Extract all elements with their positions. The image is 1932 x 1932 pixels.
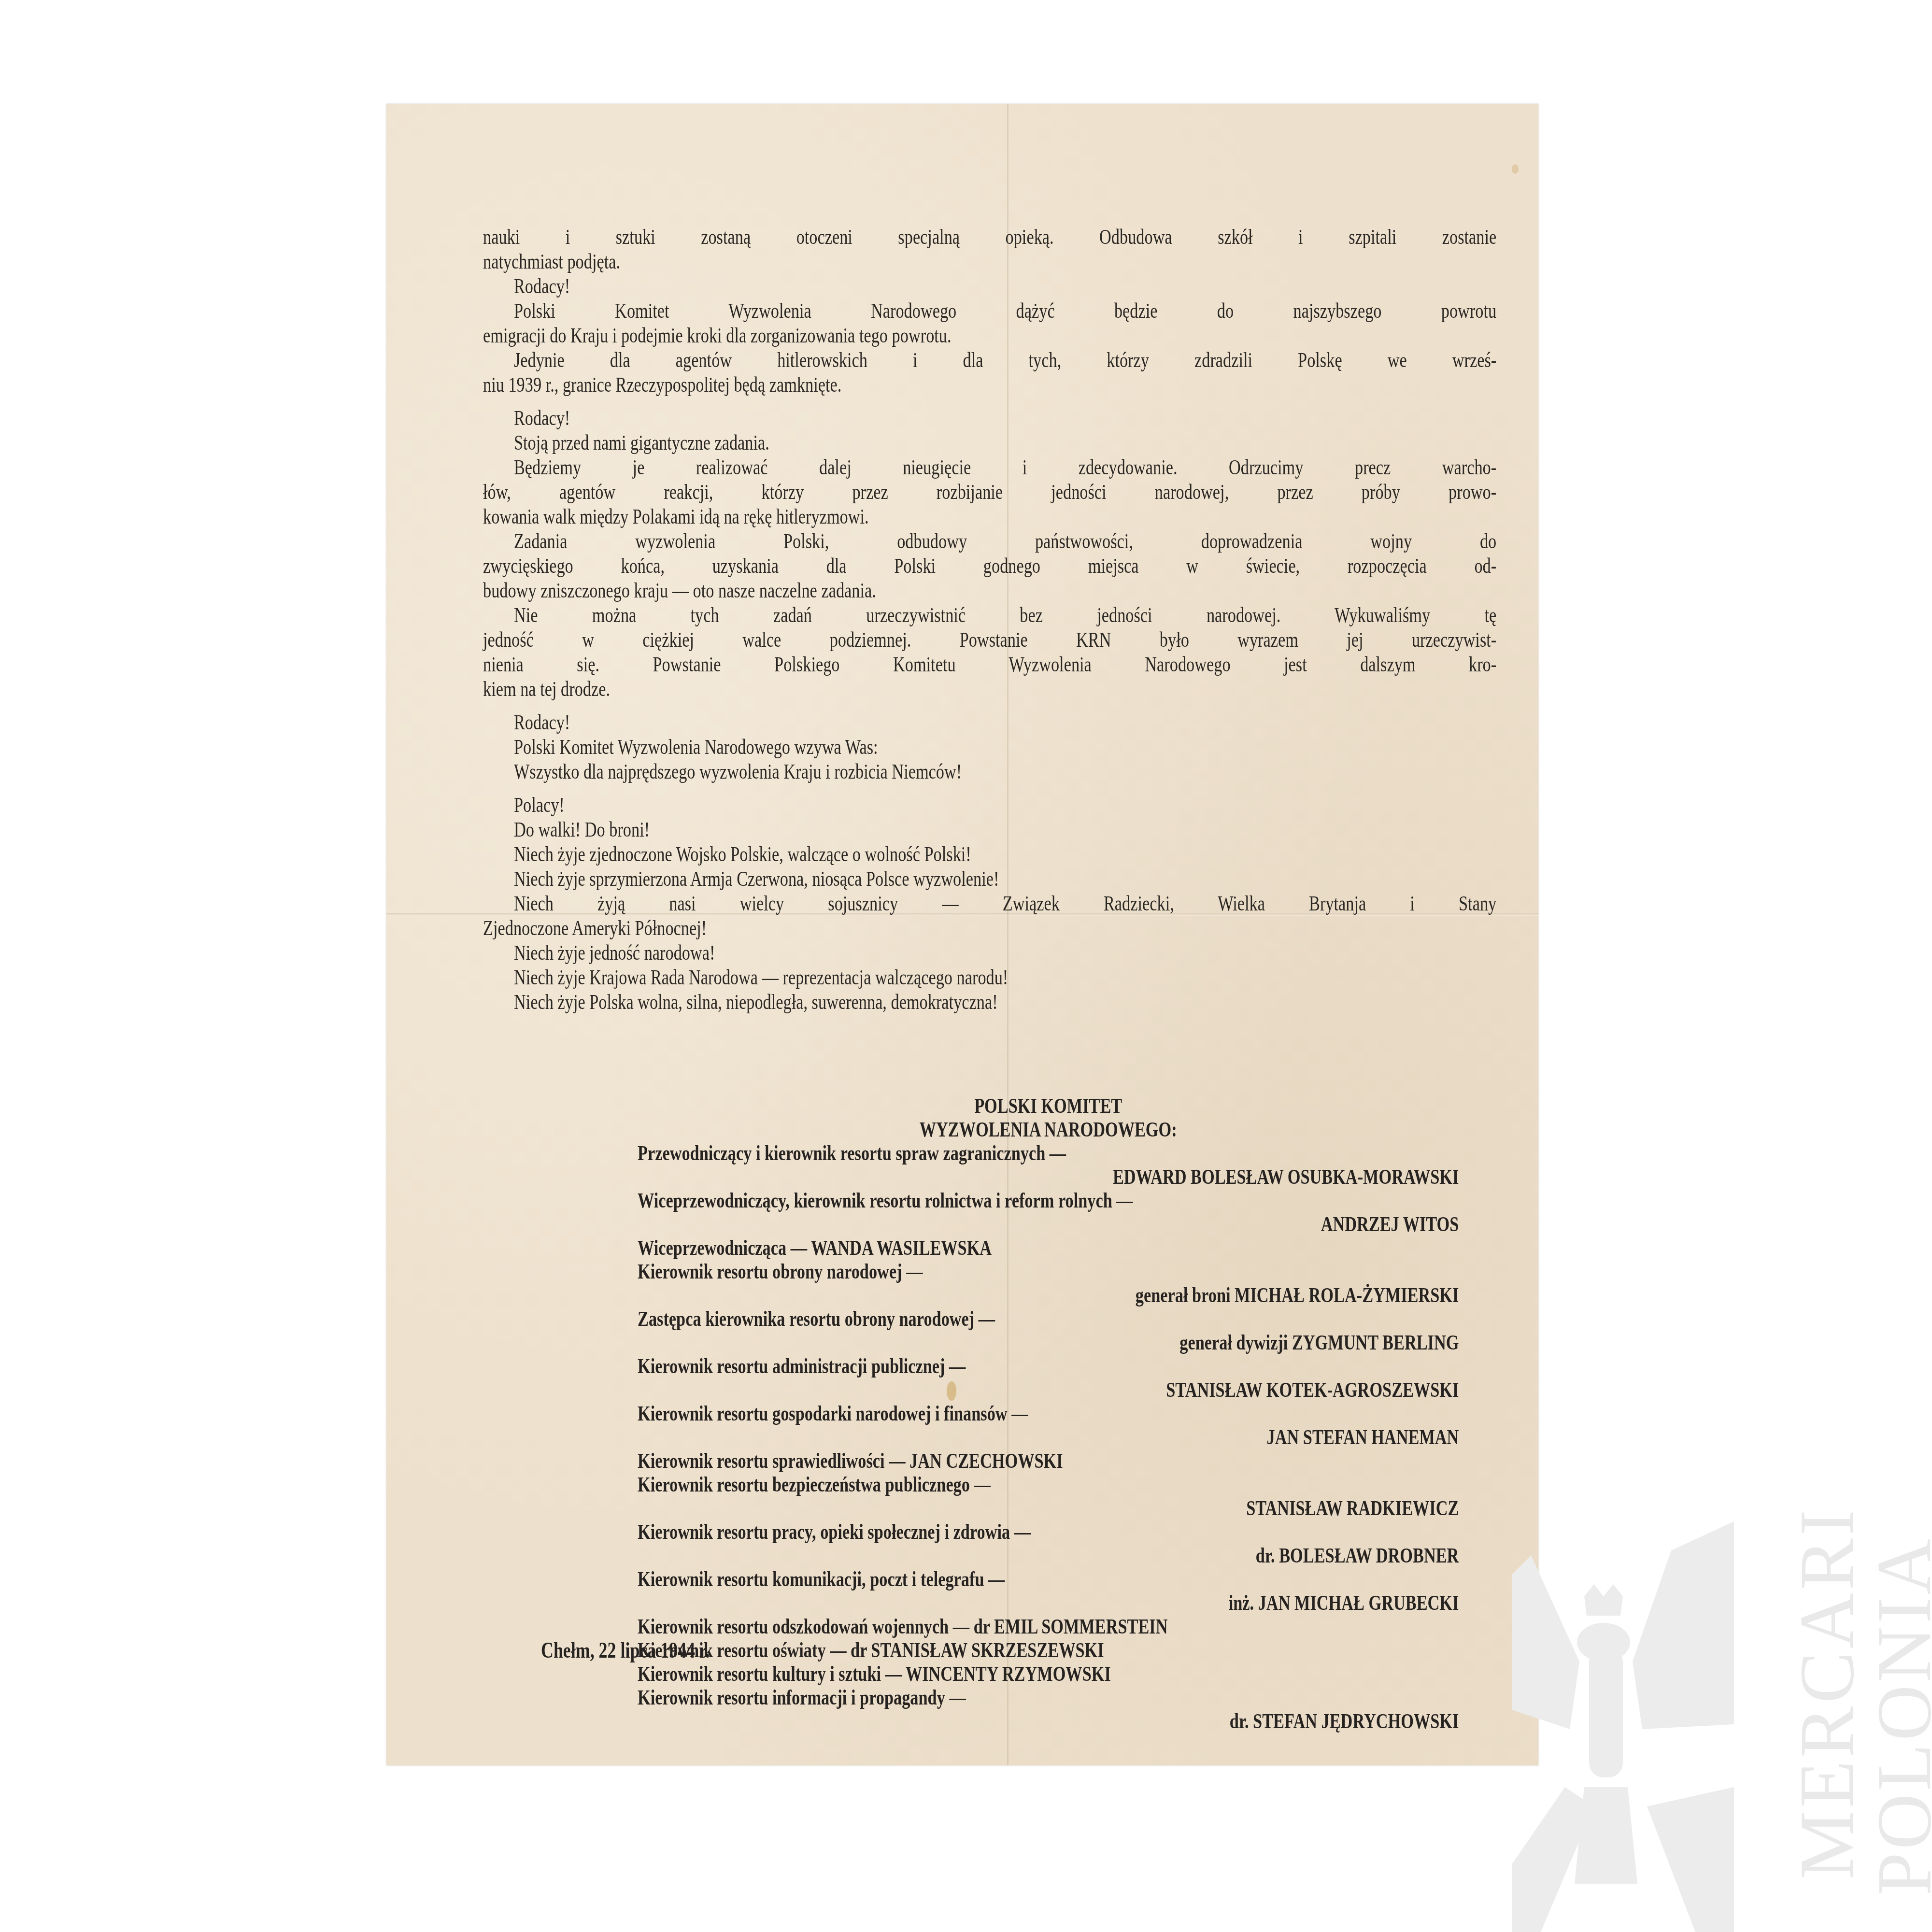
text-line: Zjednoczone Ameryki Północnej! [483, 916, 1496, 940]
signatories-block: POLSKI KOMITET WYZWOLENIA NARODOWEGO: Pr… [638, 1094, 1459, 1733]
signatory-role: Zastępca kierownika resortu obrony narod… [638, 1307, 1459, 1331]
text-line: Zadania wyzwolenia Polski, odbudowy pańs… [483, 529, 1496, 554]
signatory-role: Kierownik resortu obrony narodowej — [638, 1260, 1459, 1283]
text-line: Jedynie dla agentów hitlerowskich i dla … [483, 348, 1496, 372]
signatory-role: Kierownik resortu odszkodowań wojennych … [638, 1615, 1459, 1638]
signatory-role: Kierownik resortu komunikacji, poczt i t… [638, 1567, 1459, 1591]
signatory-role: Kierownik resortu informacji i propagand… [638, 1686, 1459, 1709]
signatories-heading-line-2: WYZWOLENIA NARODOWEGO: [638, 1118, 1459, 1141]
crowned-eagle-icon [1512, 1517, 1782, 1932]
text-line: Polski Komitet Wyzwolenia Narodowego dąż… [483, 298, 1496, 323]
signatory-role: Wiceprzewodnicząca — WANDA WASILEWSKA [638, 1236, 1459, 1260]
text-line: Niech żyje zjednoczone Wojsko Polskie, w… [483, 842, 1496, 867]
text-line: kowania walk między Polakami idą na rękę… [483, 504, 1496, 529]
watermark: MERCARI POLONIA [1512, 1507, 1932, 1932]
text-line: emigracji do Kraju i podejmie kroki dla … [483, 323, 1496, 348]
signatory-role: Wiceprzewodniczący, kierownik resortu ro… [638, 1189, 1459, 1212]
text-line: Wszystko dla najprędszego wyzwolenia Kra… [483, 759, 1496, 784]
stain-spot [1512, 164, 1519, 174]
signatory-name: ANDRZEJ WITOS [638, 1212, 1459, 1236]
text-line: niu 1939 r., granice Rzeczypospolitej bę… [483, 372, 1496, 397]
signatory-name: STANISŁAW KOTEK-AGROSZEWSKI [638, 1378, 1459, 1402]
text-line: Stoją przed nami gigantyczne zadania. [483, 430, 1496, 455]
signatory-name: JAN STEFAN HANEMAN [638, 1425, 1459, 1449]
text-line: Niech żyje Polska wolna, silna, niepodle… [483, 990, 1496, 1014]
signatory-name: STANISŁAW RADKIEWICZ [638, 1496, 1459, 1520]
signatory-role: Kierownik resortu sprawiedliwości — JAN … [638, 1449, 1459, 1473]
paragraph-gap [483, 397, 1496, 406]
text-line: Będziemy je realizować dalej nieugięcie … [483, 455, 1496, 480]
signatories-list: Przewodniczący i kierownik resortu spraw… [638, 1141, 1459, 1733]
paragraph-gap [483, 701, 1496, 710]
signatory-role: Kierownik resortu kultury i sztuki — WIN… [638, 1662, 1459, 1686]
manifesto-body-text: nauki i sztuki zostaną otoczeni specjaln… [483, 225, 1496, 1014]
signatory-role: Kierownik resortu bezpieczeństwa publicz… [638, 1473, 1459, 1496]
text-line: Polacy! [483, 793, 1496, 817]
text-line: Niech żyje jedność narodowa! [483, 940, 1496, 965]
paragraph-gap [483, 784, 1496, 793]
text-line: budowy zniszczonego kraju — oto nasze na… [483, 578, 1496, 603]
text-line: nienia się. Powstanie Polskiego Komitetu… [483, 652, 1496, 677]
watermark-text-polonia: POLONIA [1860, 1536, 1932, 1895]
signatory-name: dr. STEFAN JĘDRYCHOWSKI [638, 1709, 1459, 1733]
signatory-role: Kierownik resortu gospodarki narodowej i… [638, 1402, 1459, 1425]
text-line: Niech żyje Krajowa Rada Narodowa — repre… [483, 965, 1496, 990]
text-line: Niech żyje sprzymierzona Armja Czerwona,… [483, 867, 1496, 891]
text-line: jedność w ciężkiej walce podziemnej. Pow… [483, 627, 1496, 652]
signatory-name: inż. JAN MICHAŁ GRUBECKI [638, 1591, 1459, 1615]
signatory-name: dr. BOLESŁAW DROBNER [638, 1544, 1459, 1567]
text-line: łów, agentów reakcji, którzy przez rozbi… [483, 480, 1496, 504]
text-line: Polski Komitet Wyzwolenia Narodowego wzy… [483, 735, 1496, 759]
text-line: Rodacy! [483, 274, 1496, 298]
text-line: Niech żyją nasi wielcy sojusznicy — Zwią… [483, 891, 1496, 916]
signatory-role: Kierownik resortu oświaty — dr STANISŁAW… [638, 1638, 1459, 1662]
watermark-text-mercari: MERCARI [1782, 1507, 1872, 1879]
text-line: nauki i sztuki zostaną otoczeni specjaln… [483, 225, 1496, 249]
signatory-role: Kierownik resortu pracy, opieki społeczn… [638, 1520, 1459, 1544]
signatory-name: generał broni MICHAŁ ROLA-ŻYMIERSKI [638, 1283, 1459, 1307]
signatory-name: EDWARD BOLESŁAW OSUBKA-MORAWSKI [638, 1165, 1459, 1189]
document-sheet: nauki i sztuki zostaną otoczeni specjaln… [386, 104, 1538, 1765]
signatory-role: Kierownik resortu administracji publiczn… [638, 1354, 1459, 1378]
signatory-name: generał dywizji ZYGMUNT BERLING [638, 1331, 1459, 1354]
text-line: natychmiast podjęta. [483, 249, 1496, 274]
text-line: Rodacy! [483, 406, 1496, 430]
text-line: Nie można tych zadań urzeczywistnić bez … [483, 603, 1496, 627]
place-and-date: Chełm, 22 lipca 1944 r. [541, 1637, 710, 1663]
text-line: Do walki! Do broni! [483, 817, 1496, 842]
text-line: zwycięskiego końca, uzyskania dla Polski… [483, 554, 1496, 578]
text-line: Rodacy! [483, 710, 1496, 735]
signatory-role: Przewodniczący i kierownik resortu spraw… [638, 1141, 1459, 1165]
text-line: kiem na tej drodze. [483, 677, 1496, 701]
signatories-heading-line-1: POLSKI KOMITET [638, 1094, 1459, 1118]
